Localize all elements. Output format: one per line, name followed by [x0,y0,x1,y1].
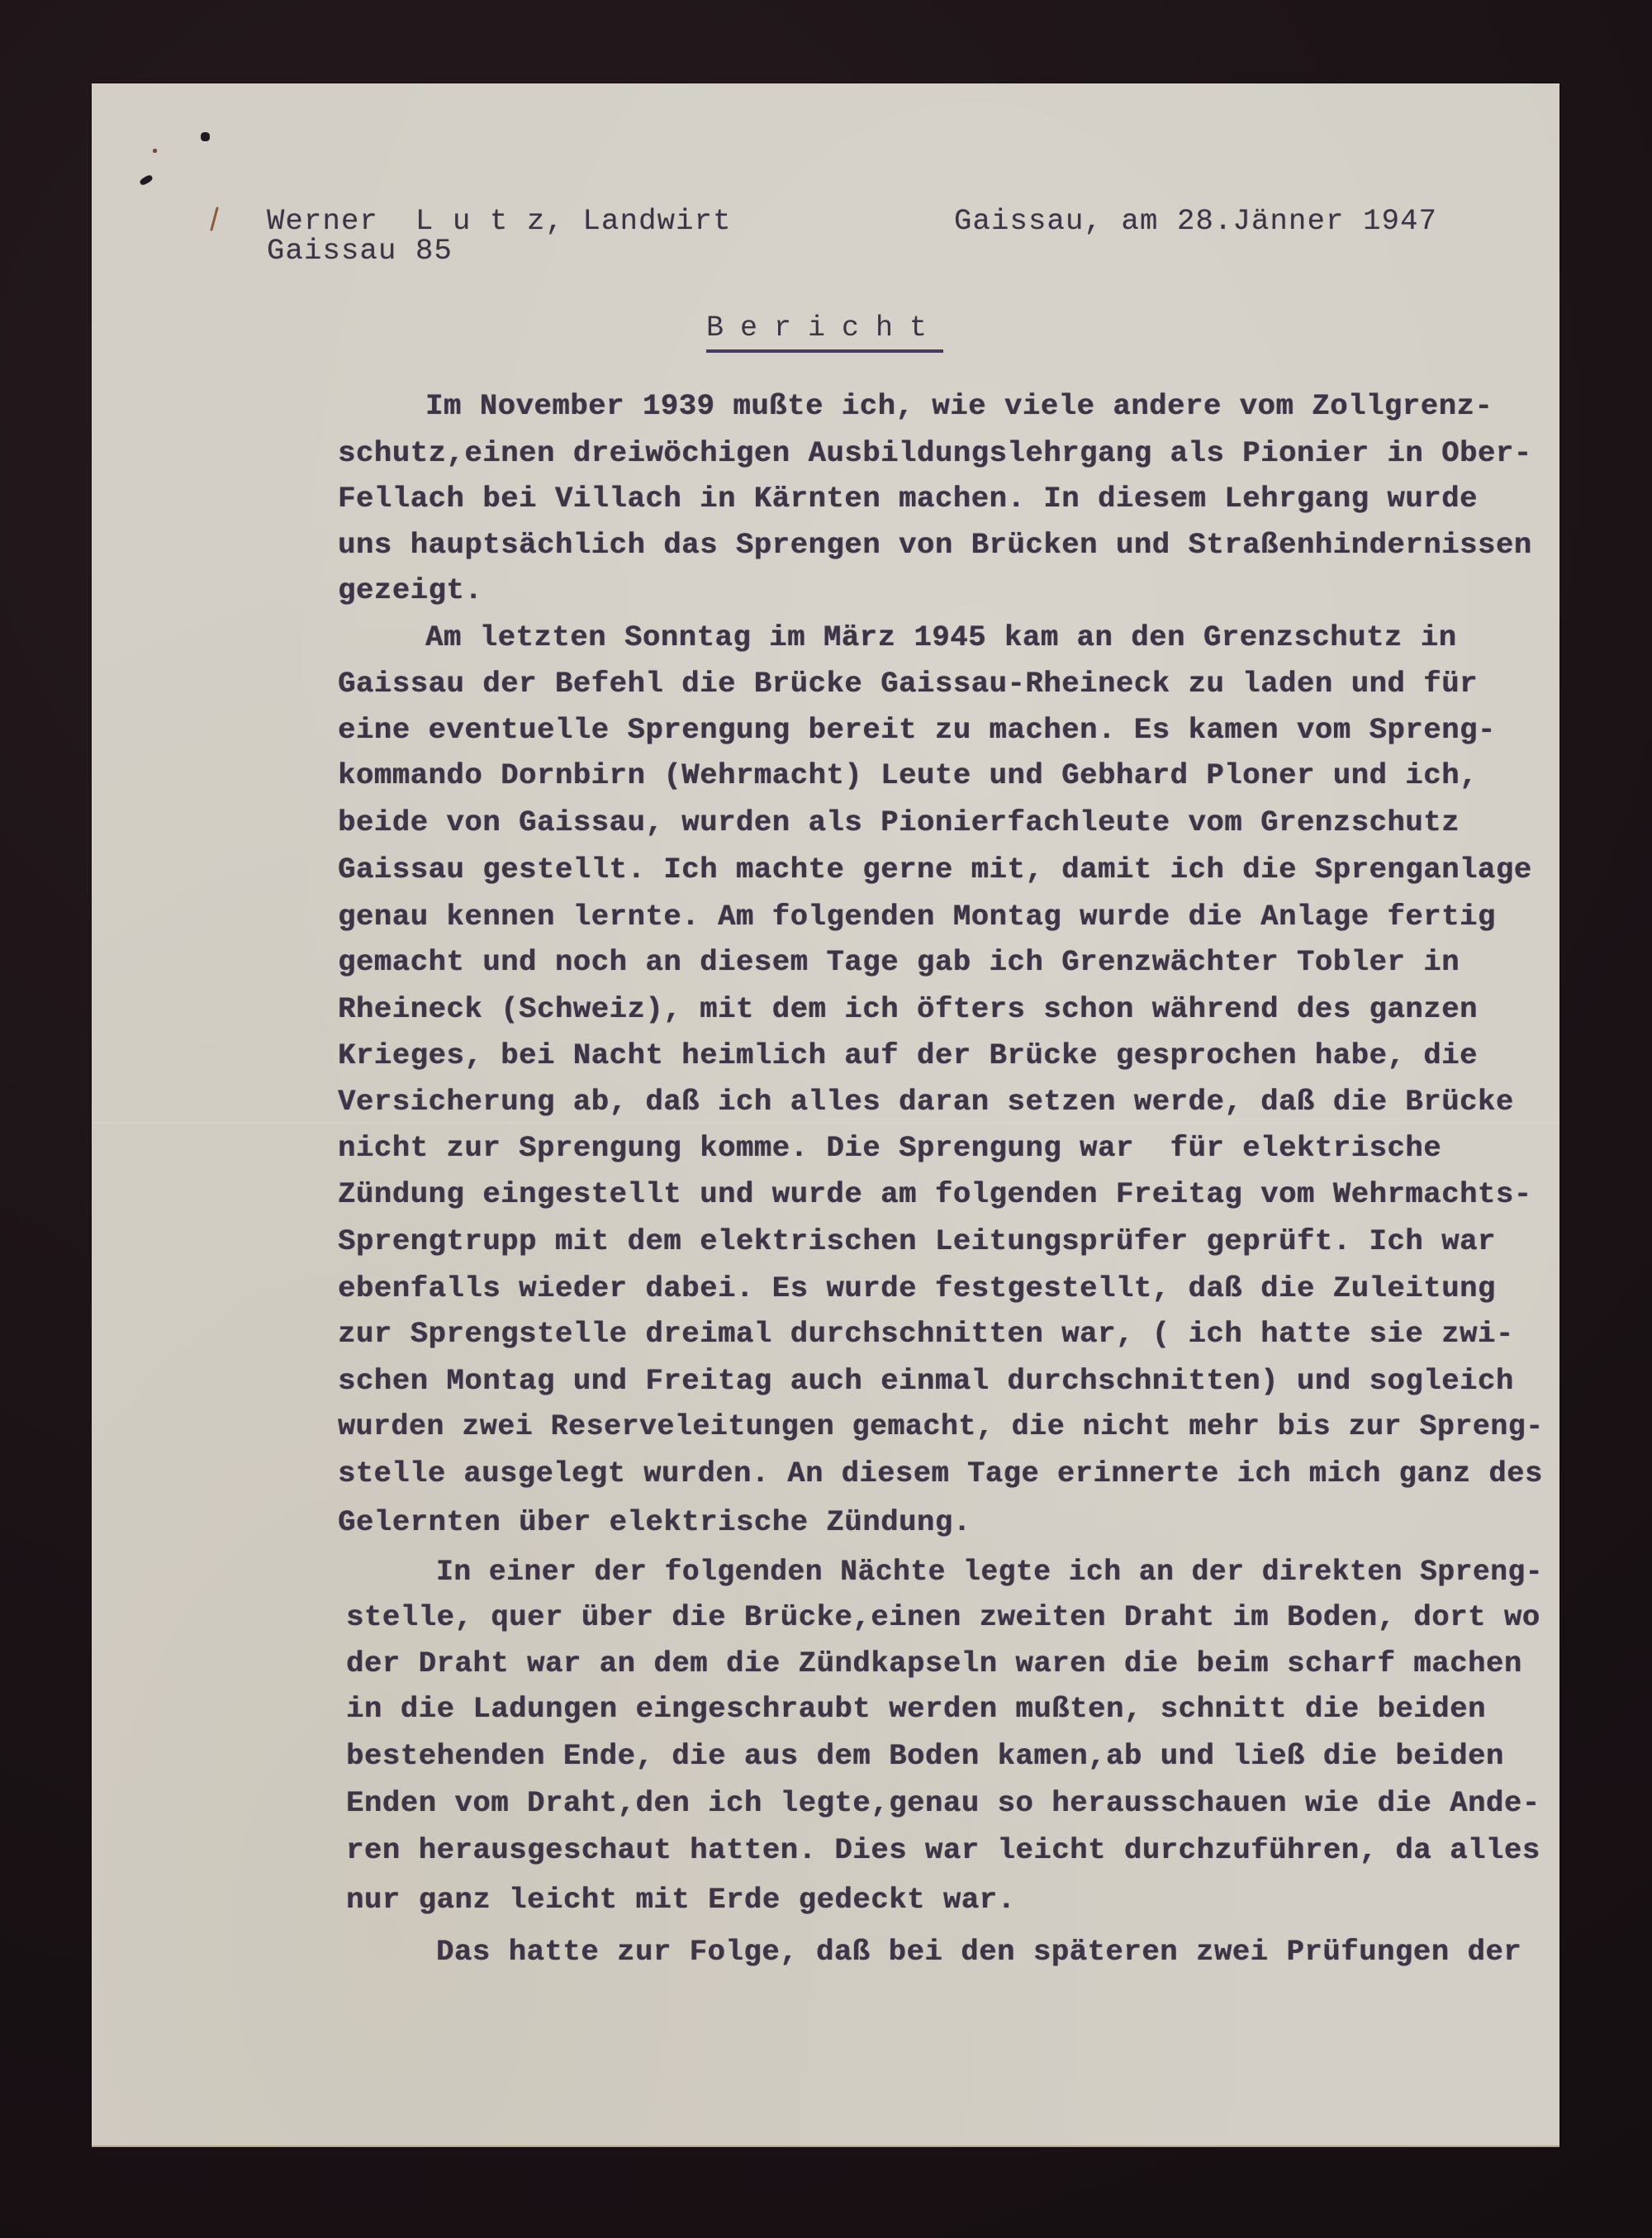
text-line: Enden vom Draht,den ich legte,genau so h… [346,1787,1540,1820]
text-line: stelle ausgelegt wurden. An diesem Tage … [338,1457,1543,1490]
text-line: Am letzten Sonntag im März 1945 kam an d… [425,621,1457,654]
text-line: zur Sprengstelle dreimal durchschnitten … [338,1318,1514,1351]
text-line: nur ganz leicht mit Erde gedeckt war. [346,1884,1015,1917]
text-line: schutz,einen dreiwöchigen Ausbildungsleh… [338,437,1532,470]
text-line: Versicherung ab, daß ich alles daran set… [338,1086,1514,1119]
sender-address: Gaissau 85 [267,235,453,268]
text-line: Rheineck (Schweiz), mit dem ich öfters s… [338,993,1478,1026]
text-line: wurden zwei Reserveleitungen gemacht, di… [338,1410,1544,1443]
text-line: stelle, quer über die Brücke,einen zweit… [346,1601,1540,1634]
text-line: Im November 1939 mußte ich, wie viele an… [425,390,1493,423]
text-line: Zündung eingestellt und wurde am folgend… [338,1178,1532,1211]
text-line: in die Ladungen eingeschraubt werden muß… [346,1693,1486,1726]
text-line: kommando Dornbirn (Wehrmacht) Leute und … [338,759,1478,792]
text-line: ebenfalls wieder dabei. Es wurde festges… [338,1272,1496,1305]
text-line: uns hauptsächlich das Sprengen von Brück… [338,529,1532,562]
text-line: Gaissau der Befehl die Brücke Gaissau-Rh… [338,668,1478,701]
text-line: gemacht und noch an diesem Tage gab ich … [338,946,1460,979]
text-line: nicht zur Sprengung komme. Die Sprengung… [338,1132,1441,1165]
text-line: schen Montag und Freitag auch einmal dur… [338,1365,1514,1398]
ink-blot-mark [201,132,210,141]
paper-fold-line [92,1122,1559,1124]
sender-name: Werner L u t z, Landwirt [267,205,732,238]
text-line: der Draht war an dem die Zündkapseln war… [346,1647,1522,1680]
text-line: Das hatte zur Folge, daß bei den spätere… [436,1936,1521,1969]
text-line: genau kennen lernte. Am folgenden Montag… [338,900,1496,934]
text-line: In einer der folgenden Nächte legte ich … [436,1556,1543,1589]
text-line: bestehenden Ende, die aus dem Boden kame… [346,1740,1504,1773]
text-line: Fellach bei Villach in Kärnten machen. I… [338,482,1478,516]
text-line: eine eventuelle Sprengung bereit zu mach… [338,714,1496,747]
text-line: Krieges, bei Nacht heimlich auf der Brüc… [338,1039,1478,1072]
text-line: beide von Gaissau, wurden als Pionierfac… [338,806,1460,839]
document-title: Bericht [706,311,943,353]
text-line: Gelernten über elektrische Zündung. [338,1506,971,1539]
place-date: Gaissau, am 28.Jänner 1947 [954,205,1437,238]
text-line: Gaissau gestellt. Ich machte gerne mit, … [338,853,1532,886]
text-line: gezeigt. [338,574,482,607]
ink-blot-mark [153,149,157,153]
text-line: Sprengtrupp mit dem elektrischen Leitung… [338,1225,1496,1258]
text-line: ren herausgeschaut hatten. Dies war leic… [346,1834,1540,1867]
